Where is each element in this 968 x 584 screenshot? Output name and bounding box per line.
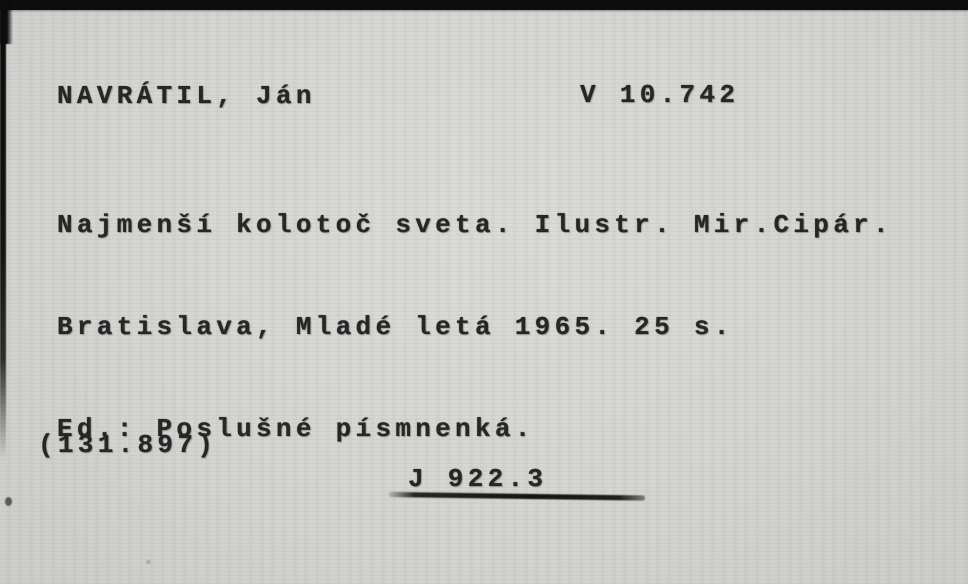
classification-number: J 922.3: [408, 462, 547, 496]
scan-edge-left-corner: [0, 0, 13, 44]
paper-speck: [146, 560, 151, 564]
description-line-1: Najmenší kolotoč sveta. Ilustr. Mir.Cipá…: [57, 208, 893, 242]
description-line-2: Bratislava, Mladé letá 1965. 25 s.: [57, 310, 893, 344]
scan-edge-left: [0, 0, 6, 460]
ink-speck: [5, 497, 12, 506]
catalog-card-scan: NAVRÁTIL, Ján V 10.742 Najmenší kolotoč …: [0, 0, 968, 584]
accession-number: (131.897): [38, 428, 217, 462]
scan-edge-top: [0, 0, 968, 10]
shelf-mark: V 10.742: [580, 78, 739, 112]
author-heading: NAVRÁTIL, Ján: [57, 79, 316, 113]
